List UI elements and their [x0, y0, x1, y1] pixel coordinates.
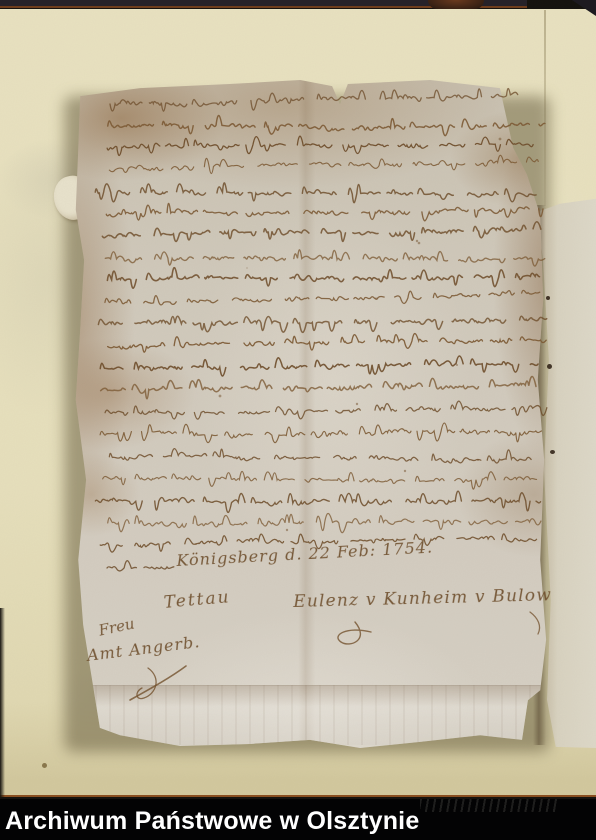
ink-speck [547, 364, 552, 369]
archive-caption: Archiwum Państwowe w Olsztynie [5, 802, 419, 840]
binding-remnant [428, 0, 484, 9]
ink-speck [42, 763, 47, 768]
album-left-edge-shadow [0, 608, 5, 798]
caption-bar: Archiwum Państwowe w Olsztynie [0, 799, 596, 840]
archival-photo: Königsberg d. 22 Feb: 1754. Tettau Eulen… [0, 0, 596, 840]
ink-speck [550, 450, 555, 454]
binding-texture [420, 799, 560, 812]
ink-speck [546, 296, 550, 300]
